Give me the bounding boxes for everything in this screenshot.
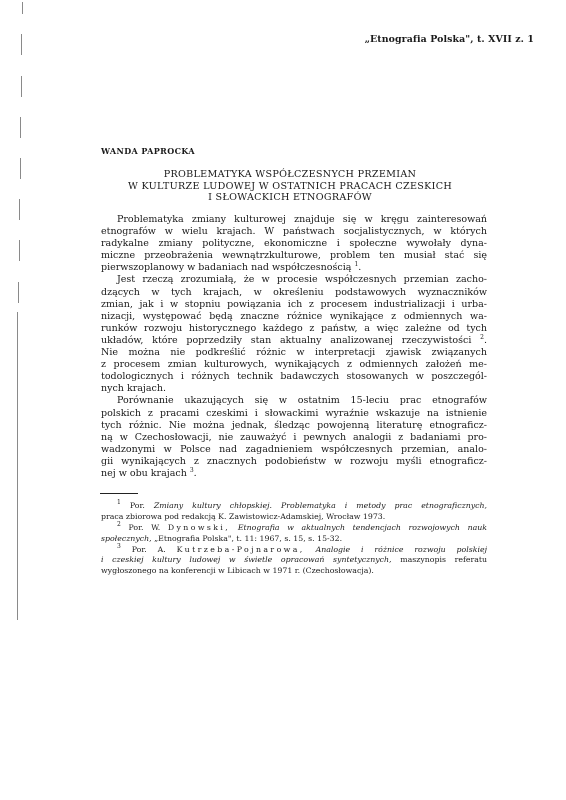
text-line: wadzonymi w Polsce nad zagadnieniem wspó… [101, 444, 487, 456]
text-line: nych krajach. [101, 383, 487, 395]
footnotes: 1 Por. Zmiany kultury chłopskiej. Proble… [101, 501, 487, 577]
footnote-title: społecznych, [101, 534, 152, 543]
text-line: pierwszoplanowy w badaniach nad współcze… [101, 262, 487, 274]
footnote-source: maszynopis referatu [400, 555, 487, 564]
footnote-2: 2 Por. W. Dynowski, Etnografia w aktualn… [101, 523, 487, 534]
text-line: polskich z pracami czeskimi i słowackimi… [101, 408, 487, 420]
binding-mark [17, 312, 18, 620]
footnote-prefix: Por. A. [132, 545, 166, 554]
text-line: ną w Czechosłowacji, nie zauważyć i pewn… [101, 432, 487, 444]
text-line: gii wynikających z znacznych podobieństw… [101, 456, 487, 468]
text-line-content: układów, które poprzedziły stan aktualny… [101, 335, 471, 346]
binding-mark [20, 158, 21, 179]
text-line: nizacji, występować będą znaczne różnice… [101, 311, 487, 323]
footnote-title: Analogie i różnice rozwoju polskiej [316, 545, 487, 554]
text-line: Jest rzeczą zrozumiałą, że w procesie ws… [101, 274, 487, 286]
footnote-title: Etnografia w aktualnych tendencjach rozw… [238, 523, 487, 532]
text-line: runków rozwoju historycznego każdego z p… [101, 323, 487, 335]
binding-mark [21, 34, 22, 55]
journal-reference: „Etnografia Polska", t. XVII z. 1 [365, 34, 534, 45]
footnote-author: Dynowski, [168, 523, 230, 532]
text-line: tych różnic. Nie można jednak, śledząc p… [101, 420, 487, 432]
text-line: todologicznych i różnych technik badawcz… [101, 371, 487, 383]
author-name: WANDA PAPROCKA [101, 146, 195, 156]
footnote-ref-3[interactable]: 3 [190, 467, 194, 474]
text-line-content: pierwszoplanowy w badaniach nad współcze… [101, 262, 351, 273]
footnote-ref-2[interactable]: 2 [480, 334, 484, 341]
footnote-3-cont: i czeskiej kultury ludowej w świetle opr… [101, 555, 487, 566]
footnote-separator [100, 493, 138, 494]
footnote-3: 3 Por. A. Kutrzeba-Pojnarowa, Analogie i… [101, 545, 487, 556]
footnote-2-cont: społecznych, „Etnografia Polska", t. 11:… [101, 534, 487, 545]
footnote-1: 1 Por. Zmiany kultury chłopskiej. Proble… [101, 501, 487, 512]
article-body: Problematyka zmiany kulturowej znajduje … [101, 214, 487, 480]
title-line: I SŁOWACKICH ETNOGRAFÓW [80, 192, 500, 204]
binding-mark [20, 117, 21, 138]
footnote-3-cont: wygłoszonego na konferencji w Libicach w… [101, 566, 487, 577]
text-line: z procesem zmian kulturowych, wynikający… [101, 359, 487, 371]
text-line-content: nej w obu krajach [101, 468, 187, 479]
footnote-ref-1[interactable]: 1 [354, 261, 358, 268]
text-line: etnografów w wielu krajach. W państwach … [101, 226, 487, 238]
footnote-author: Kutrzeba-Pojnarowa, [177, 545, 305, 554]
binding-mark [21, 76, 22, 97]
text-line: Nie można nie podkreślić różnic w interp… [101, 347, 487, 359]
footnote-source: „Etnografia Polska", t. 11: 1967, s. 15,… [154, 534, 342, 543]
text-line: radykalne zmiany polityczne, ekonomiczne… [101, 238, 487, 250]
footnote-mark: 3 [117, 543, 121, 550]
title-line: W KULTURZE LUDOWEJ W OSTATNICH PRACACH C… [80, 181, 500, 193]
footnote-title: Zmiany kultury chłopskiej. Problematyka … [154, 501, 487, 510]
text-line: układów, które poprzedziły stan aktualny… [101, 335, 487, 347]
text-line: zmian, jak i w stopniu powiązania ich z … [101, 299, 487, 311]
text-line: Problematyka zmiany kulturowej znajduje … [101, 214, 487, 226]
footnote-prefix: Por. [130, 501, 145, 510]
text-line: dzących w tych krajach, w określeniu pod… [101, 287, 487, 299]
text-line: Porównanie ukazujących się w ostatnim 15… [101, 395, 487, 407]
binding-mark [18, 282, 19, 303]
title-line: PROBLEMATYKA WSPÓŁCZESNYCH PRZEMIAN [80, 169, 500, 181]
binding-mark [19, 199, 20, 220]
text-line: miczne przeobrażenia wewnątrzkulturowe, … [101, 250, 487, 262]
footnote-1-cont: praca zbiorowa pod redakcją K. Zawistowi… [101, 512, 487, 523]
footnote-title: i czeskiej kultury ludowej w świetle opr… [101, 555, 392, 564]
article-title: PROBLEMATYKA WSPÓŁCZESNYCH PRZEMIAN W KU… [80, 169, 500, 204]
binding-mark [19, 240, 20, 261]
footnote-prefix: Por. W. [128, 523, 160, 532]
footnote-mark: 1 [117, 499, 121, 506]
footnote-mark: 2 [117, 521, 121, 528]
text-line: nej w obu krajach 3. [101, 468, 487, 480]
binding-mark [22, 2, 23, 14]
